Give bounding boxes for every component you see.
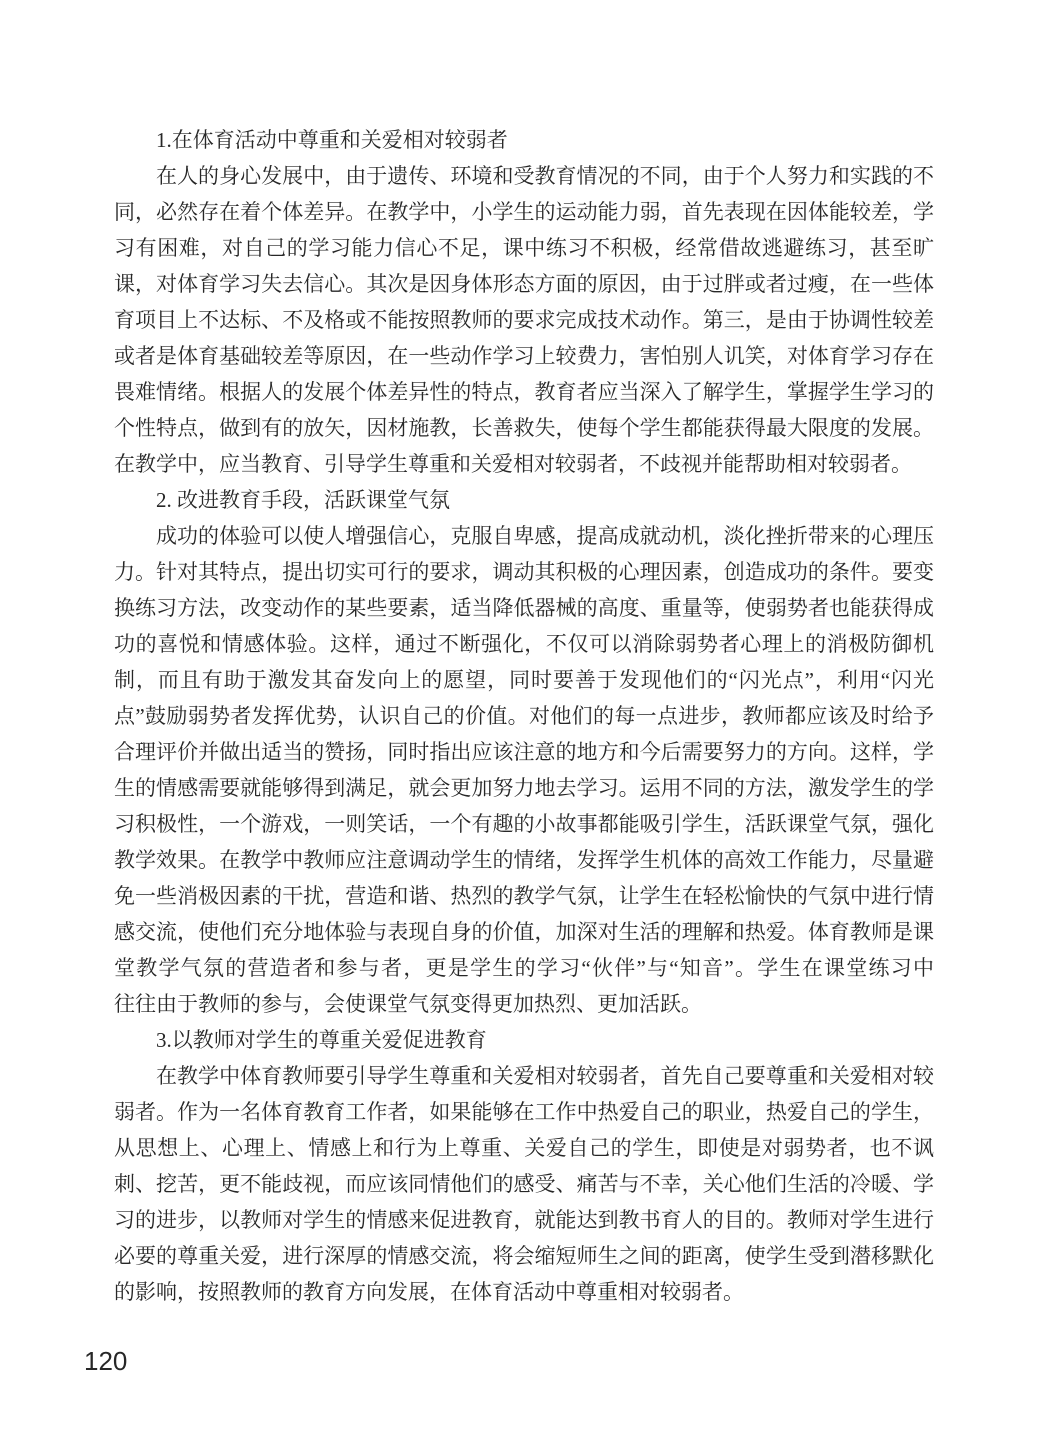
section-paragraph: 成功的体验可以使人增强信心，克服自卑感，提高成就动机，淡化挫折带来的心理压力。针…	[114, 518, 934, 1022]
text-line: 同，必然存在着个体差异。在教学中，小学生的运动能力弱，首先表现在因体能较差，学	[114, 194, 934, 230]
text-line: 的影响，按照教师的教育方向发展，在体育活动中尊重相对较弱者。	[114, 1274, 934, 1310]
section-paragraph: 在人的身心发展中，由于遗传、环境和受教育情况的不同，由于个人努力和实践的不同，必…	[114, 158, 934, 482]
text-line: 弱者。作为一名体育教育工作者，如果能够在工作中热爱自己的职业，热爱自己的学生，	[114, 1094, 934, 1130]
text-line: 感交流，使他们充分地体验与表现自身的价值，加深对生活的理解和热爱。体育教师是课	[114, 914, 934, 950]
text-line: 换练习方法，改变动作的某些要素，适当降低器械的高度、重量等，使弱势者也能获得成	[114, 590, 934, 626]
text-line: 必要的尊重关爱，进行深厚的情感交流，将会缩短师生之间的距离，使学生受到潜移默化	[114, 1238, 934, 1274]
text-line: 往往由于教师的参与，会使课堂气氛变得更加热烈、更加活跃。	[114, 986, 934, 1022]
text-line: 习有困难，对自己的学习能力信心不足，课中练习不积极，经常借故逃避练习，甚至旷	[114, 230, 934, 266]
section: 2. 改进教育手段，活跃课堂气氛成功的体验可以使人增强信心，克服自卑感，提高成就…	[114, 482, 934, 1022]
text-line: 在教学中，应当教育、引导学生尊重和关爱相对较弱者，不歧视并能帮助相对较弱者。	[114, 446, 934, 482]
document-page: 1.在体育活动中尊重和关爱相对较弱者在人的身心发展中，由于遗传、环境和受教育情况…	[0, 0, 1038, 1452]
section-heading: 2. 改进教育手段，活跃课堂气氛	[114, 482, 934, 518]
text-line: 堂教学气氛的营造者和参与者，更是学生的学习“伙伴”与“知音”。学生在课堂练习中	[114, 950, 934, 986]
text-line: 从思想上、心理上、情感上和行为上尊重、关爱自己的学生，即使是对弱势者，也不讽	[114, 1130, 934, 1166]
text-line: 在人的身心发展中，由于遗传、环境和受教育情况的不同，由于个人努力和实践的不	[114, 158, 934, 194]
section-heading: 1.在体育活动中尊重和关爱相对较弱者	[114, 122, 934, 158]
text-line: 制，而且有助于激发其奋发向上的愿望，同时要善于发现他们的“闪光点”，利用“闪光	[114, 662, 934, 698]
text-line: 合理评价并做出适当的赞扬，同时指出应该注意的地方和今后需要努力的方向。这样，学	[114, 734, 934, 770]
text-line: 习的进步，以教师对学生的情感来促进教育，就能达到教书育人的目的。教师对学生进行	[114, 1202, 934, 1238]
text-line: 教学效果。在教学中教师应注意调动学生的情绪，发挥学生机体的高效工作能力，尽量避	[114, 842, 934, 878]
section: 3.以教师对学生的尊重关爱促进教育在教学中体育教师要引导学生尊重和关爱相对较弱者…	[114, 1022, 934, 1310]
sections-root: 1.在体育活动中尊重和关爱相对较弱者在人的身心发展中，由于遗传、环境和受教育情况…	[114, 122, 934, 1310]
text-line: 在教学中体育教师要引导学生尊重和关爱相对较弱者，首先自己要尊重和关爱相对较	[114, 1058, 934, 1094]
text-line: 习积极性，一个游戏，一则笑话，一个有趣的小故事都能吸引学生，活跃课堂气氛，强化	[114, 806, 934, 842]
text-line: 或者是体育基础较差等原因，在一些动作学习上较费力，害怕别人讥笑，对体育学习存在	[114, 338, 934, 374]
page-number: 120	[84, 1346, 127, 1377]
text-line: 点”鼓励弱势者发挥优势，认识自己的价值。对他们的每一点进步，教师都应该及时给予	[114, 698, 934, 734]
text-line: 课，对体育学习失去信心。其次是因身体形态方面的原因，由于过胖或者过瘦，在一些体	[114, 266, 934, 302]
text-line: 免一些消极因素的干扰，营造和谐、热烈的教学气氛，让学生在轻松愉快的气氛中进行情	[114, 878, 934, 914]
text-line: 刺、挖苦，更不能歧视，而应该同情他们的感受、痛苦与不幸，关心他们生活的冷暖、学	[114, 1166, 934, 1202]
text-line: 生的情感需要就能够得到满足，就会更加努力地去学习。运用不同的方法，激发学生的学	[114, 770, 934, 806]
text-line: 成功的体验可以使人增强信心，克服自卑感，提高成就动机，淡化挫折带来的心理压	[114, 518, 934, 554]
section: 1.在体育活动中尊重和关爱相对较弱者在人的身心发展中，由于遗传、环境和受教育情况…	[114, 122, 934, 482]
section-paragraph: 在教学中体育教师要引导学生尊重和关爱相对较弱者，首先自己要尊重和关爱相对较弱者。…	[114, 1058, 934, 1310]
text-line: 功的喜悦和情感体验。这样，通过不断强化，不仅可以消除弱势者心理上的消极防御机	[114, 626, 934, 662]
text-line: 畏难情绪。根据人的发展个体差异性的特点，教育者应当深入了解学生，掌握学生学习的	[114, 374, 934, 410]
section-heading: 3.以教师对学生的尊重关爱促进教育	[114, 1022, 934, 1058]
text-line: 育项目上不达标、不及格或不能按照教师的要求完成技术动作。第三，是由于协调性较差	[114, 302, 934, 338]
text-line: 力。针对其特点，提出切实可行的要求，调动其积极的心理因素，创造成功的条件。要变	[114, 554, 934, 590]
text-line: 个性特点，做到有的放矢，因材施教，长善救失，使每个学生都能获得最大限度的发展。	[114, 410, 934, 446]
